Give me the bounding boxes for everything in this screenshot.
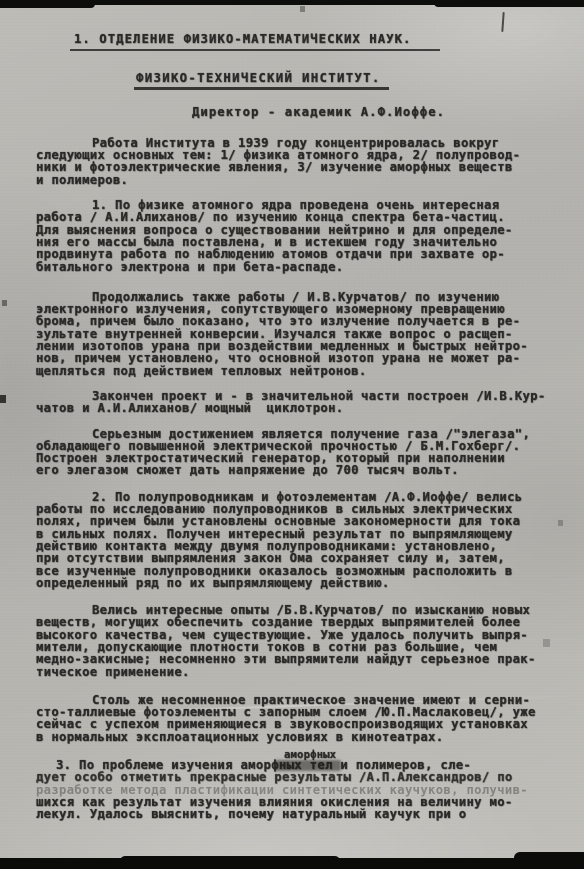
inserted-word-amorphous: аморфных [284, 750, 336, 760]
section-heading: 1. ОТДЕЛЕНИЕ ФИЗИКО-МАТЕМАТИЧЕСКИХ НАУК. [70, 32, 440, 51]
typewritten-report: 1. ОТДЕЛЕНИЕ ФИЗИКО-МАТЕМАТИЧЕСКИХ НАУК.… [0, 0, 584, 869]
ink-smudge [275, 760, 341, 771]
paragraph-elegas-generator: Серьезным достижением является получение… [36, 428, 584, 477]
paragraph-semiconductors: 2. По полупроводникам и фотоэлементам /А… [36, 491, 584, 589]
paragraph-intro: Работа Института в 1939 году концентриро… [36, 137, 584, 186]
paragraph-amorphous-polymers: аморфных 3. По проблеме изучения аморфны… [36, 759, 584, 820]
polymers-line-5: лекул. Удалось выяснить, почему натураль… [36, 808, 584, 820]
paragraph-photoelements: Столь же несомненное практическое значен… [36, 694, 584, 743]
polymers-line-3: разработке метода пластификации синтетич… [36, 784, 584, 796]
paragraph-nuclear-physics: 1. По физике атомного ядра проведена оче… [36, 199, 584, 273]
paragraph-rectifiers: Велись интересные опыты /Б.В.Курчатов/ п… [36, 604, 584, 678]
paragraph-cyclotron: Закончен проект и - в значительной части… [36, 390, 584, 415]
paragraph-bromine-uranium: Продолжались также работы / И.В.Курчатов… [36, 291, 584, 377]
polymers-line-2: дует особо отметить прекрасные результат… [36, 771, 584, 783]
institute-heading: ФИЗИКО-ТЕХНИЧЕСКИЙ ИНСТИТУТ. [134, 71, 389, 90]
document-page: 1. ОТДЕЛЕНИЕ ФИЗИКО-МАТЕМАТИЧЕСКИХ НАУК.… [0, 0, 584, 869]
director-line: Директор - академик А.Ф.Иоффе. [192, 106, 584, 118]
